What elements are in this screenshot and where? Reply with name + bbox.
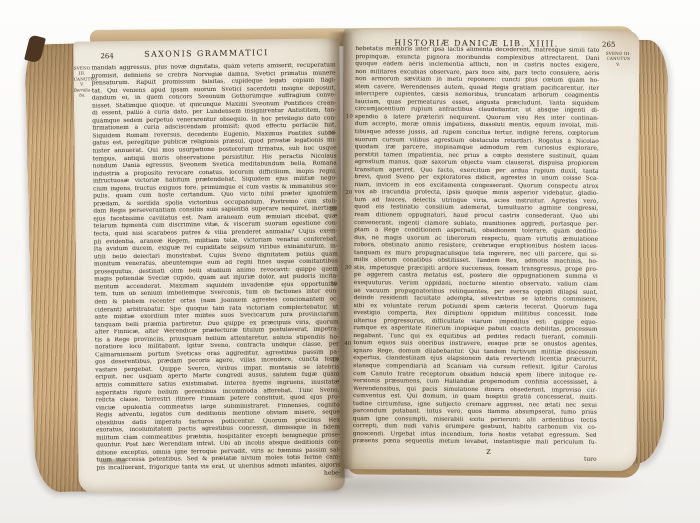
line-number: 20 (329, 206, 336, 212)
left-page: 264 SAXONIS GRAMMATICI SVENO III.CANUTUS… (73, 38, 345, 493)
ink-smudge (100, 459, 126, 464)
line-number: 10 (346, 114, 353, 120)
line-number: 10 (328, 130, 335, 136)
margin-note-line: SVENO III. (74, 65, 91, 76)
margin-note-right: SVENO III.CANUTUSV. (605, 51, 631, 67)
page-number-right: 265 (602, 41, 615, 49)
margin-note-left: SVENO III.CANUTUSV. Bernilia-ba. (74, 65, 91, 97)
catchword-right: turo (353, 455, 597, 463)
margin-note-line-italic: ba. (74, 92, 91, 97)
line-number: 40 (331, 357, 338, 363)
line-number: 30 (330, 281, 337, 287)
running-head-left: SAXONIS GRAMMATICI (73, 47, 339, 59)
foxing-spot (257, 369, 287, 385)
line-number: 30 (345, 265, 352, 271)
body-text-left: mandati aggressus, plus novæ dignitatis,… (92, 62, 341, 472)
margin-note-line: V. (605, 62, 631, 68)
body-text-right: hebetatis membris inter ipsa lactis alim… (353, 46, 600, 448)
book-photo: 264 SAXONIS GRAMMATICI SVENO III.CANUTUS… (0, 0, 700, 523)
line-number: 20 (345, 190, 352, 196)
line-number: 40 (344, 341, 351, 347)
right-page: HISTORIÆ DANICÆ LIB. XIIII. 265 SVENO II… (340, 29, 639, 471)
